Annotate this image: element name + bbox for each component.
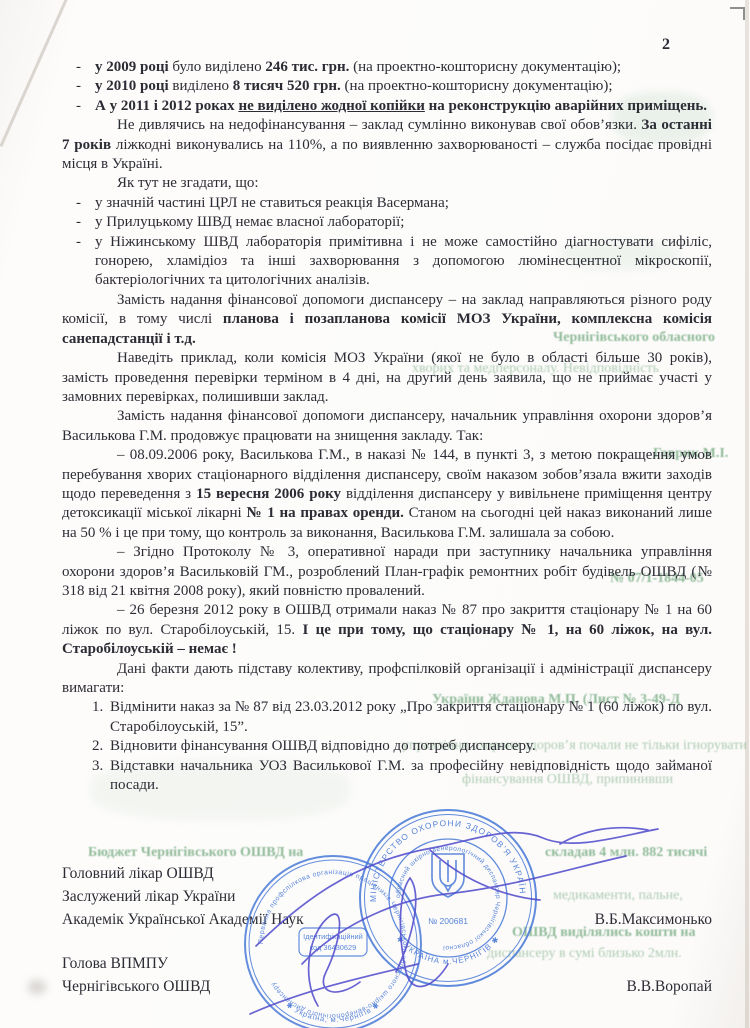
bleedthrough-text: складав 4 млн. 882 тисячі xyxy=(545,845,707,861)
paragraph: – 26 березня 2012 року в ОШВД отримали н… xyxy=(62,601,712,659)
signature-title-row: Заслужений лікар України xyxy=(62,885,712,908)
signature-title-row: Академік Української Академії Наук В.Б.М… xyxy=(62,908,712,931)
signature-title-row: Головний лікар ОШВД xyxy=(62,862,712,885)
page-number: 2 xyxy=(662,36,670,54)
paragraph: -А у 2011 і 2012 роках не виділено жодно… xyxy=(62,97,712,116)
text-segment: А у 2011 і 2012 роках xyxy=(95,98,238,114)
signatory-title: Головний лікар ОШВД xyxy=(62,862,214,885)
paragraph: 1.Відмінити наказ за № 87 від 23.03.2012… xyxy=(62,698,712,737)
union-stamp-bottom-text: ✱ Україна, м.Чернігів ✱ xyxy=(284,1000,381,1024)
signatory-title: Чернігівського ОШВД xyxy=(62,975,210,998)
paragraph: -у 2009 році було виділено 246 тис. грн.… xyxy=(62,58,712,77)
text-segment: у 2009 році xyxy=(95,59,169,75)
text-segment: Дані факти дають підставу колективу, про… xyxy=(62,661,712,696)
paragraph: Як тут не згадати, що: xyxy=(62,174,712,193)
paragraph: -у 2010 році виділено 8 тисяч 520 грн. (… xyxy=(62,77,712,96)
text-segment: виділено xyxy=(169,78,233,94)
scan-corner-mark xyxy=(730,7,745,20)
list-marker: - xyxy=(76,233,81,252)
paragraph: -у Ніжинському ШВД лабораторія примітивн… xyxy=(62,233,712,291)
text-segment: № 1 на правах оренди. xyxy=(246,505,403,521)
paragraph: 2.Відновити фінансування ОШВД відповідно… xyxy=(62,737,712,756)
text-segment: було виділено xyxy=(169,59,266,75)
text-segment: у значній частині ЦРЛ не ставиться реакц… xyxy=(95,195,449,211)
text-segment: не виділено жодної копійки xyxy=(238,98,424,114)
text-segment: Відмінити наказ за № 87 від 23.03.2012 р… xyxy=(110,699,712,734)
text-segment: у Ніжинському ШВД лабораторія примітивна… xyxy=(95,234,712,289)
text-segment: – Згідно Протоколу № 3, оперативної нара… xyxy=(62,544,712,599)
bleedthrough-text: Бюджет Чернігівського ОШВД на xyxy=(88,845,303,861)
signature-gap xyxy=(62,931,712,952)
paragraph: – Згідно Протоколу № 3, оперативної нара… xyxy=(62,543,712,601)
text-segment: Замість надання фінансової допомоги дисп… xyxy=(62,408,712,443)
list-marker: - xyxy=(76,58,81,77)
text-segment: на реконструкцію аварійних приміщень. xyxy=(425,98,707,114)
text-segment: 15 вересня 2006 року xyxy=(196,486,341,502)
list-marker: 1. xyxy=(92,698,103,717)
paragraph: Наведіть приклад, коли комісія МОЗ Украї… xyxy=(62,349,712,407)
signature-title-row: Чернігівського ОШВД В.В.Воропай xyxy=(62,975,712,998)
signature-title-row: Голова ВПМПУ xyxy=(62,952,712,975)
list-marker: - xyxy=(76,213,81,232)
text-segment: Не дивлячись на недофінансування – закла… xyxy=(117,117,641,133)
svg-text:✱ Україна, м.Чернігів ✱: ✱ Україна, м.Чернігів ✱ xyxy=(284,1000,381,1024)
text-segment: у 2010 році xyxy=(95,78,169,94)
paragraph: -у Прилуцькому ШВД немає власної лаборат… xyxy=(62,213,712,232)
paragraph: Не дивлячись на недофінансування – закла… xyxy=(62,116,712,174)
text-segment: 8 тисяч 520 грн. xyxy=(233,78,341,94)
text-segment: (на проектно-кошторисну документацію); xyxy=(349,59,621,75)
scanned-document-page: 2 Чернігівського обласногохворих та медп… xyxy=(0,0,750,1028)
signatory-name: В.В.Воропай xyxy=(627,975,713,998)
text-segment: Наведіть приклад, коли комісія МОЗ Украї… xyxy=(62,350,712,405)
list-marker: 3. xyxy=(92,757,103,776)
text-segment: Відновити фінансування ОШВД відповідно д… xyxy=(110,738,536,754)
paragraph: Замість надання фінансової допомоги дисп… xyxy=(62,291,712,349)
list-marker: 2. xyxy=(92,737,103,756)
paragraph: Дані факти дають підставу колективу, про… xyxy=(62,660,712,699)
list-marker: - xyxy=(76,194,81,213)
scan-paper-edge xyxy=(745,0,749,1028)
document-body: -у 2009 році було виділено 246 тис. грн.… xyxy=(62,58,712,795)
paragraph: Замість надання фінансової допомоги дисп… xyxy=(62,407,712,446)
text-segment: Відставки начальника УОЗ Василькової Г.М… xyxy=(110,758,712,793)
signatory-name: В.Б.Максимонько xyxy=(595,908,712,931)
list-marker: - xyxy=(76,77,81,96)
text-segment: (на проектно-кошторисну документацію); xyxy=(341,78,613,94)
text-segment: Як тут не згадати, що: xyxy=(117,175,259,191)
signatory-title: Академік Української Академії Наук xyxy=(62,908,304,931)
signature-block: Головний лікар ОШВД Заслужений лікар Укр… xyxy=(62,862,712,998)
text-segment: у Прилуцькому ШВД немає власної лаборато… xyxy=(95,214,404,230)
paragraph: – 08.09.2006 року, Василькова Г.М., в на… xyxy=(62,446,712,543)
text-segment: 246 тис. грн. xyxy=(265,59,349,75)
paragraph: 3.Відставки начальника УОЗ Василькової Г… xyxy=(62,757,712,796)
list-marker: - xyxy=(76,97,81,116)
signatory-title: Голова ВПМПУ xyxy=(62,952,168,975)
paragraph: -у значній частині ЦРЛ не ставиться реак… xyxy=(62,194,712,213)
text-segment: ліжкодні виконувались на 110%, а по вияв… xyxy=(62,137,712,172)
scan-smudge xyxy=(28,980,46,994)
signatory-title: Заслужений лікар України xyxy=(62,885,235,908)
